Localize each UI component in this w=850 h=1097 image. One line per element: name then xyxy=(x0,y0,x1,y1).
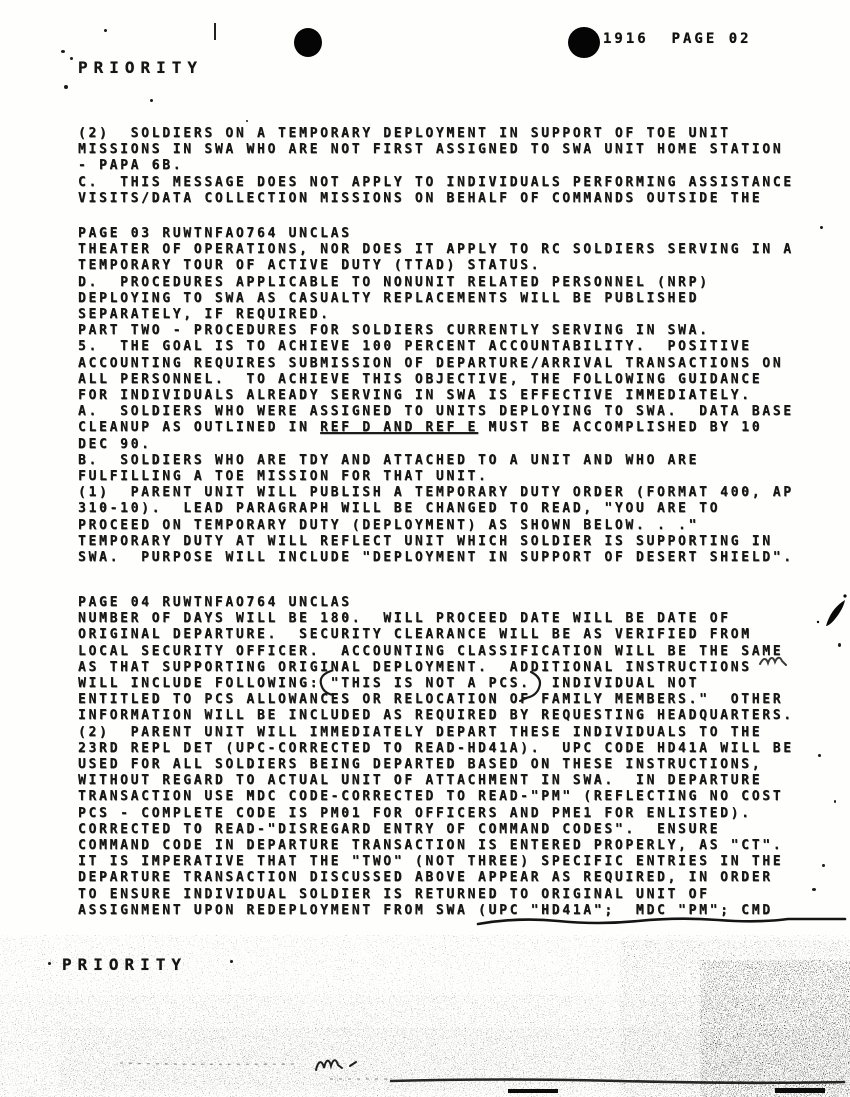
ink-speck xyxy=(834,800,836,803)
ink-speck xyxy=(230,960,233,963)
text-line: ENTITLED TO PCS ALLOWANCES OR RELOCATION… xyxy=(78,692,818,708)
text-line: WITHOUT REGARD TO ACTUAL UNIT OF ATTACHM… xyxy=(78,773,818,789)
text-line: 310-10). LEAD PARAGRAPH WILL BE CHANGED … xyxy=(78,501,818,517)
scanned-document-page: PRIORITY 1916 PAGE 02 (2) SOLDIERS ON A … xyxy=(0,0,850,1097)
text-line: TEMPORARY TOUR OF ACTIVE DUTY (TTAD) STA… xyxy=(78,258,818,274)
text-line: PAGE 04 RUWTNFAO764 UNCLAS xyxy=(78,595,818,611)
ink-speck xyxy=(150,99,153,102)
punch-hole-mark xyxy=(568,27,600,58)
ink-speck xyxy=(104,29,107,32)
scan-streak-dash xyxy=(775,1088,825,1093)
ink-speck xyxy=(822,864,825,867)
text-line: B. SOLDIERS WHO ARE TDY AND ATTACHED TO … xyxy=(78,453,818,469)
text-line: TRANSACTION USE MDC CODE-CORRECTED TO RE… xyxy=(78,789,818,805)
text-line: SEPARATELY, IF REQUIRED. xyxy=(78,307,818,323)
text-line: COMMAND CODE IN DEPARTURE TRANSACTION IS… xyxy=(78,838,818,854)
text-line: WILL INCLUDE FOLLOWING: "THIS IS NOT A P… xyxy=(78,676,818,692)
paragraph-intro: (2) SOLDIERS ON A TEMPORARY DEPLOYMENT I… xyxy=(78,126,818,207)
text-line: CLEANUP AS OUTLINED IN REF D AND REF E M… xyxy=(78,420,818,436)
ink-speck xyxy=(64,85,68,89)
text-segment: MUST BE ACCOMPLISHED BY 10 xyxy=(478,420,762,435)
text-line: TO ENSURE INDIVIDUAL SOLDIER IS RETURNED… xyxy=(78,887,818,903)
ink-speck xyxy=(70,57,73,60)
text-line: TEMPORARY DUTY AT WILL REFLECT UNIT WHIC… xyxy=(78,534,818,550)
scan-noise-band-light xyxy=(0,995,850,1097)
text-line: DEPLOYING TO SWA AS CASUALTY REPLACEMENT… xyxy=(78,291,818,307)
pen-scribble xyxy=(316,1060,356,1070)
text-line: (2) PARENT UNIT WILL IMMEDIATELY DEPART … xyxy=(78,725,818,741)
ink-speck xyxy=(61,50,65,53)
text-line: ORIGINAL DEPARTURE. SECURITY CLEARANCE W… xyxy=(78,627,818,643)
text-line: (1) PARENT UNIT WILL PUBLISH A TEMPORARY… xyxy=(78,485,818,501)
pen-underline-bottom xyxy=(478,919,845,924)
scan-noise-band-medium xyxy=(60,1028,850,1090)
scan-streak xyxy=(390,1080,845,1083)
text-line: PAGE 03 RUWTNFAO764 UNCLAS xyxy=(78,226,818,242)
paragraph-page03: PAGE 03 RUWTNFAO764 UNCLASTHEATER OF OPE… xyxy=(78,226,818,566)
text-line: USED FOR ALL SOLDIERS BEING DEPARTED BAS… xyxy=(78,757,818,773)
text-line: D. PROCEDURES APPLICABLE TO NONUNIT RELA… xyxy=(78,275,818,291)
text-line: 5. THE GOAL IS TO ACHIEVE 100 PERCENT AC… xyxy=(78,339,818,355)
ink-speck xyxy=(838,643,841,647)
text-line: INFORMATION WILL BE INCLUDED AS REQUIRED… xyxy=(78,708,818,724)
pen-underlined-text: REF D AND REF E xyxy=(320,420,478,435)
text-line: A. SOLDIERS WHO WERE ASSIGNED TO UNITS D… xyxy=(78,404,818,420)
text-line: DEPARTURE TRANSACTION DISCUSSED ABOVE AP… xyxy=(78,870,818,886)
punch-hole-mark xyxy=(294,28,322,57)
text-line: SWA. PURPOSE WILL INCLUDE "DEPLOYMENT IN… xyxy=(78,550,818,566)
text-line: LOCAL SECURITY OFFICER. ACCOUNTING CLASS… xyxy=(78,644,818,660)
text-line: 23RD REPL DET (UPC-CORRECTED TO READ-HD4… xyxy=(78,741,818,757)
text-line: ACCOUNTING REQUIRES SUBMISSION OF DEPART… xyxy=(78,356,818,372)
page-header-reference: 1916 PAGE 02 xyxy=(603,31,752,47)
text-line: NUMBER OF DAYS WILL BE 180. WILL PROCEED… xyxy=(78,611,818,627)
text-line: PROCEED ON TEMPORARY DUTY (DEPLOYMENT) A… xyxy=(78,518,818,534)
scan-artifact-tick xyxy=(214,23,216,40)
text-line: ALL PERSONNEL. TO ACHIEVE THIS OBJECTIVE… xyxy=(78,372,818,388)
text-line: FULFILLING A TOE MISSION FOR THAT UNIT. xyxy=(78,469,818,485)
paragraph-page04: PAGE 04 RUWTNFAO764 UNCLASNUMBER OF DAYS… xyxy=(78,595,818,919)
text-line: CORRECTED TO READ-"DISREGARD ENTRY OF CO… xyxy=(78,822,818,838)
text-line: VISITS/DATA COLLECTION MISSIONS ON BEHAL… xyxy=(78,191,818,207)
text-line: FOR INDIVIDUALS ALREADY SERVING IN SWA I… xyxy=(78,388,818,404)
ink-speck xyxy=(820,226,823,229)
classification-marking-bottom: PRIORITY xyxy=(62,955,187,974)
text-line: (2) SOLDIERS ON A TEMPORARY DEPLOYMENT I… xyxy=(78,126,818,142)
text-line: ASSIGNMENT UPON REDEPLOYMENT FROM SWA (U… xyxy=(78,903,818,919)
scan-noise-corner-heavy xyxy=(700,960,850,1097)
ink-blob xyxy=(826,600,845,626)
ink-speck xyxy=(818,754,821,757)
text-line: IT IS IMPERATIVE THAT THE "TWO" (NOT THR… xyxy=(78,854,818,870)
text-line: - PAPA 6B. xyxy=(78,158,818,174)
ink-speck xyxy=(843,594,846,597)
text-line: THEATER OF OPERATIONS, NOR DOES IT APPLY… xyxy=(78,242,818,258)
scan-streak-dash xyxy=(508,1089,558,1093)
text-line: DEC 90. xyxy=(78,437,818,453)
text-line: PCS - COMPLETE CODE IS PM01 FOR OFFICERS… xyxy=(78,806,818,822)
text-line: PART TWO - PROCEDURES FOR SOLDIERS CURRE… xyxy=(78,323,818,339)
scan-noise-right-column xyxy=(620,940,850,1097)
text-segment: CLEANUP AS OUTLINED IN xyxy=(78,420,320,435)
scan-streak-faint xyxy=(120,1063,390,1079)
ink-speck xyxy=(246,120,248,122)
text-line: MISSIONS IN SWA WHO ARE NOT FIRST ASSIGN… xyxy=(78,142,818,158)
ink-speck xyxy=(48,962,51,965)
text-line: C. THIS MESSAGE DOES NOT APPLY TO INDIVI… xyxy=(78,175,818,191)
classification-marking-top: PRIORITY xyxy=(78,58,203,77)
text-line: AS THAT SUPPORTING ORIGINAL DEPLOYMENT. … xyxy=(78,660,818,676)
